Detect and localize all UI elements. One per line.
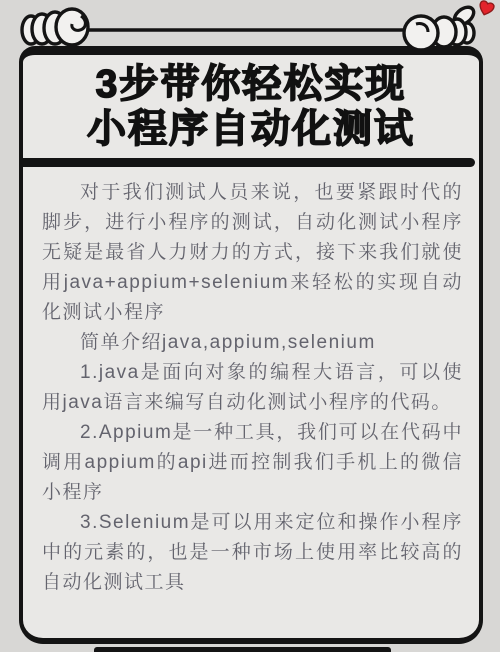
title-line-1: 3步带你轻松实现 <box>96 62 407 107</box>
paragraph-step-3-selenium: 3.Selenium是可以用来定位和操作小程序中的元素的，也是一种市场上使用率比… <box>42 508 463 598</box>
heart-icon <box>477 0 494 17</box>
right-hand-icon <box>404 4 477 50</box>
title-block: 3步带你轻松实现 小程序自动化测试 <box>23 55 479 158</box>
title-line-2: 小程序自动化测试 <box>87 107 415 152</box>
paragraph-step-1-java: 1.java是面向对象的编程大语言，可以使用java语言来编写自动化测试小程序的… <box>42 358 463 418</box>
top-decoration <box>0 0 500 62</box>
paragraph-step-2-appium: 2.Appium是一种工具，我们可以在代码中调用appium的api进而控制我们… <box>42 418 463 508</box>
left-hand-icon <box>22 9 88 45</box>
poster: 3步带你轻松实现 小程序自动化测试 对于我们测试人员来说，也要紧跟时代的脚步，进… <box>0 0 500 652</box>
stacked-page-edge <box>94 647 391 652</box>
paragraph-overview: 简单介绍java,appium,selenium <box>42 328 463 358</box>
content-card: 3步带你轻松实现 小程序自动化测试 对于我们测试人员来说，也要紧跟时代的脚步，进… <box>19 46 483 644</box>
paragraph-intro: 对于我们测试人员来说，也要紧跟时代的脚步，进行小程序的测试，自动化测试小程序无疑… <box>42 178 463 328</box>
body-text: 对于我们测试人员来说，也要紧跟时代的脚步，进行小程序的测试，自动化测试小程序无疑… <box>23 167 479 598</box>
title-divider <box>23 158 475 167</box>
